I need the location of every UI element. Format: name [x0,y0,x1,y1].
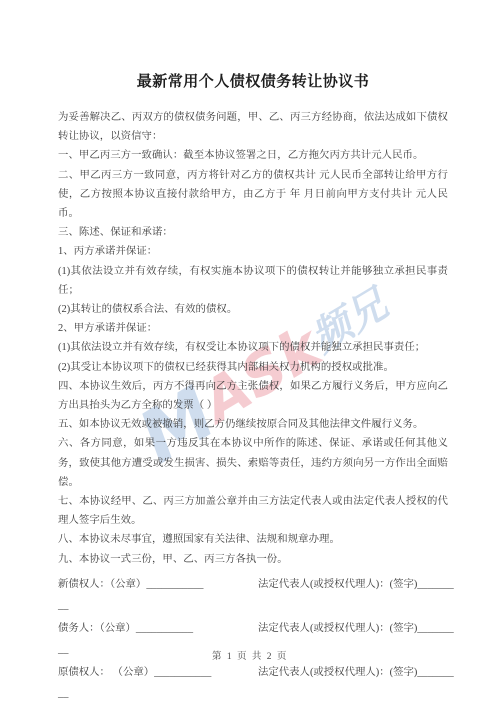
paragraph: (1)其依法设立并有效存续，有权受让本协议项下的债权并能独立承担民事责任； [58,338,448,357]
paragraph: (2)其受让本协议项下的债权已经获得其内部相关权力机构的授权或批准。 [58,358,448,377]
signature-left-label: 债务人：（公章）___________ [58,619,258,638]
paragraph: (2)其转让的债权系合法、有效的债权。 [58,300,448,319]
signature-left-label: 新债权人：（公章）___________ [58,575,258,594]
paragraphs: 为妥善解决乙、丙双方的债权债务问题，甲、乙、丙三方经协商，依法达成如下债权转让协… [58,108,448,569]
paragraph: 为妥善解决乙、丙双方的债权债务问题，甲、乙、丙三方经协商，依法达成如下债权转让协… [58,108,448,146]
paragraph: 2、甲方承诺并保证： [58,319,448,338]
signature-row: 债务人：（公章）___________法定代表人(或授权代理人)：(签字)___… [58,619,448,638]
paragraph: 八、本协议未尽事宜，遵照国家有关法律、法规和规章办理。 [58,530,448,549]
signature-block: 新债权人：（公章）___________法定代表人(或授权代理人)：(签字)__… [58,575,448,616]
signature-row: 原债权人： （公章）___________法定代表人(或授权代理人)：(签字)_… [58,663,448,682]
page-number-footer: 第 1 页 共 2 页 [0,648,500,662]
document-title: 最新常用个人债权债务转让协议书 [58,70,448,91]
signature-left-label: 原债权人： （公章）___________ [58,663,258,682]
paragraph: 九、本协议一式三份，甲、乙、丙三方各执一份。 [58,550,448,569]
signature-right-label: 法定代表人(或授权代理人)：(签字)_______ [258,619,454,638]
paragraph: 四、本协议生效后，丙方不得再向乙方主张债权，如果乙方履行义务后，甲方应向乙方出具… [58,377,448,415]
paragraph: 三、陈述、保证和承诺： [58,223,448,242]
paragraph: 一、甲乙丙三方一致确认：截至本协议签署之日，乙方拖欠丙方共计元人民币。 [58,146,448,165]
signature-continuation-line: __ [58,596,448,616]
signature-right-label: 法定代表人(或授权代理人)：(签字)_______ [258,575,454,594]
paragraph: 六、各方同意，如果一方违反其在本协议中所作的陈述、保证、承诺或任何其他义务，致使… [58,434,448,492]
paragraph: 七、本协议经甲、乙、丙三方加盖公章并由三方法定代表人或由法定代表人授权的代理人签… [58,492,448,530]
paragraph: 二、甲乙丙三方一致同意，丙方将针对乙方的债权共计 元人民币全部转让给甲方行使，乙… [58,166,448,224]
document-page: MASk频兄 最新常用个人债权债务转让协议书 为妥善解决乙、丙双方的债权债务问题… [0,0,500,706]
signature-continuation-line: __ [58,684,448,704]
signature-right-label: 法定代表人(或授权代理人)：(签字)_______ [258,663,454,682]
paragraph: 五、如本协议无效或被撤销，则乙方仍继续按原合同及其他法律文件履行义务。 [58,415,448,434]
document-content: 最新常用个人债权债务转让协议书 为妥善解决乙、丙双方的债权债务问题，甲、乙、丙三… [58,70,448,704]
signature-row: 新债权人：（公章）___________法定代表人(或授权代理人)：(签字)__… [58,575,448,594]
signature-block: 原债权人： （公章）___________法定代表人(或授权代理人)：(签字)_… [58,663,448,704]
paragraph: (1)其依法设立并有效存续，有权实施本协议项下的债权转让并能够独立承担民事责任； [58,262,448,300]
signature-section: 新债权人：（公章）___________法定代表人(或授权代理人)：(签字)__… [58,575,448,704]
paragraph: 1、丙方承诺并保证： [58,242,448,261]
